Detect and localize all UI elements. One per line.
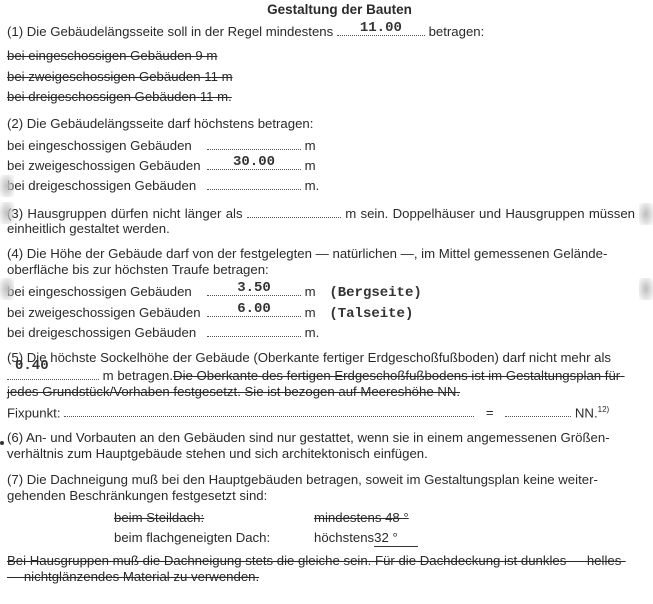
s4-row-label: bei dreigeschossigen Gebäuden — [7, 325, 207, 341]
s4-row-note: (Talseite) — [329, 306, 413, 322]
s2-row-1: bei eingeschossigen Gebäuden m — [7, 138, 316, 154]
page-title: Gestaltung der Bauten — [0, 2, 653, 17]
s2-row-label: bei dreigeschossigen Gebäuden — [7, 178, 207, 194]
scan-shadow — [0, 175, 14, 197]
s2-row-label: bei eingeschossigen Gebäuden — [7, 138, 207, 154]
footnote-marker: 12) — [598, 405, 610, 414]
s2-intro: (2) Die Gebäudelängsseite darf höchstens… — [7, 116, 313, 132]
scan-shadow — [639, 203, 653, 225]
s7-line-2: gehenden Beschränkungen festgesetzt sind… — [7, 488, 267, 504]
s7-line-1: (7) Die Dachneigung muß bei den Hauptgeb… — [7, 472, 598, 488]
scan-shadow — [0, 202, 14, 224]
fixpunkt-field[interactable] — [64, 405, 474, 417]
fixpunkt-label: Fixpunkt: — [7, 405, 61, 420]
s4-row-unit: m — [305, 305, 316, 320]
fixpunkt-nn-field[interactable] — [505, 405, 571, 417]
s4-row-field[interactable]: 3.50 — [207, 284, 301, 296]
s3-line-1: (3) Hausgruppen dürfen nicht länger als … — [7, 206, 635, 221]
s2-row-label: bei zweigeschossigen Gebäuden — [7, 158, 207, 174]
s7-struck-line-2: — nichtglänzendes Material zu verwenden. — [7, 569, 259, 585]
s2-row-field[interactable] — [207, 178, 301, 190]
s7-flach-pre: höchstens — [314, 530, 374, 545]
s2-row-unit: m — [305, 138, 316, 153]
s4-row-2: bei zweigeschossigen Gebäuden6.00 m (Tal… — [7, 305, 413, 322]
fixpunkt-equals: = — [486, 405, 494, 420]
s7-flachdach-value: höchstens32 ° — [314, 530, 418, 547]
s2-row-field[interactable] — [207, 138, 301, 150]
s5-sockel-field[interactable]: 0.40 — [7, 368, 99, 380]
s2-row-unit: m — [305, 158, 316, 173]
s2-row-unit: m. — [305, 178, 320, 193]
s7-steildach-value: mindestens 48 ° — [314, 510, 409, 526]
scan-shadow — [639, 278, 653, 300]
margin-dot — [0, 441, 4, 445]
s5-line-2: 0.40 m betragen.Die Oberkante des fertig… — [7, 368, 625, 384]
s4-row-note: (Bergseite) — [329, 285, 421, 301]
s4-row-label: bei eingeschossigen Gebäuden — [7, 284, 207, 300]
s5-line2-text: m betragen. — [103, 368, 173, 383]
s3-max-length-field[interactable] — [247, 206, 341, 218]
s6-line-2: verhältnis zum Hauptgebäude stehen und s… — [7, 446, 428, 462]
s5-line2-struck: Die Oberkante des fertigen Erdgeschoßfuß… — [173, 368, 625, 383]
s1-struck-line-3: bei dreigeschossigen Gebäuden 11 m. — [7, 89, 232, 105]
s5-fixpunkt: Fixpunkt: = NN.12) — [7, 402, 609, 421]
s1-intro-post: betragen: — [429, 24, 485, 39]
s4-row-value: 3.50 — [207, 281, 301, 295]
s4-row-value: 6.00 — [207, 302, 301, 316]
s1-struck-line-2: bei zweigeschossigen Gebäuden 11 m — [7, 69, 233, 85]
s7-flach-degrees[interactable]: 32 ° — [374, 530, 418, 547]
s4-line-2: oberfläche bis zur höchsten Traufe betra… — [7, 262, 269, 278]
s4-row-label: bei zweigeschossigen Gebäuden — [7, 305, 207, 321]
s4-row-3: bei dreigeschossigen Gebäuden m. — [7, 325, 319, 341]
s7-steildach-label: beim Steildach: — [114, 510, 204, 526]
s4-row-1: bei eingeschossigen Gebäuden3.50 m (Berg… — [7, 284, 422, 301]
s5-sockel-value: 0.40 — [15, 359, 99, 373]
s3-text-post: m sein. Doppelhäuser und Hausgruppen müs… — [345, 206, 635, 221]
s3-line-2: einheitlich gestaltet werden. — [7, 221, 170, 237]
s2-row-3: bei dreigeschossigen Gebäuden m. — [7, 178, 319, 194]
s3-text-pre: (3) Hausgruppen dürfen nicht länger als — [7, 206, 243, 221]
s2-row-2: bei zweigeschossigen Gebäuden30.00 m — [7, 158, 316, 174]
s1-intro-text: (1) Die Gebäudelängsseite soll in der Re… — [7, 24, 333, 39]
s5-line-3-struck: jedes Grundstück/Vorhaben festgesetzt. S… — [7, 384, 460, 400]
s1-min-length-field[interactable]: 11.00 — [337, 24, 425, 36]
scan-shadow — [0, 278, 14, 300]
s1-min-length-value: 11.00 — [337, 21, 425, 35]
s1-struck-line-1: bei eingeschossigen Gebäuden 9 m — [7, 48, 217, 64]
s6-line-1: (6) An- und Vorbauten an den Gebäuden si… — [7, 430, 610, 446]
s2-row-field[interactable]: 30.00 — [207, 158, 301, 170]
s4-row-unit: m — [305, 284, 316, 299]
s7-flachdach-label: beim flachgeneigten Dach: — [114, 530, 270, 546]
s4-line-1: (4) Die Höhe der Gebäude darf von der fe… — [7, 246, 607, 262]
s2-row-value: 30.00 — [207, 155, 301, 169]
s4-row-field[interactable]: 6.00 — [207, 305, 301, 317]
s7-struck-line-1: Bei Hausgruppen muß die Dachneigung stet… — [7, 553, 626, 569]
fixpunkt-unit: NN. — [575, 405, 598, 420]
s4-row-unit: m. — [305, 325, 320, 340]
section-1-intro: (1) Die Gebäudelängsseite soll in der Re… — [7, 24, 484, 40]
s4-row-field[interactable] — [207, 325, 301, 337]
